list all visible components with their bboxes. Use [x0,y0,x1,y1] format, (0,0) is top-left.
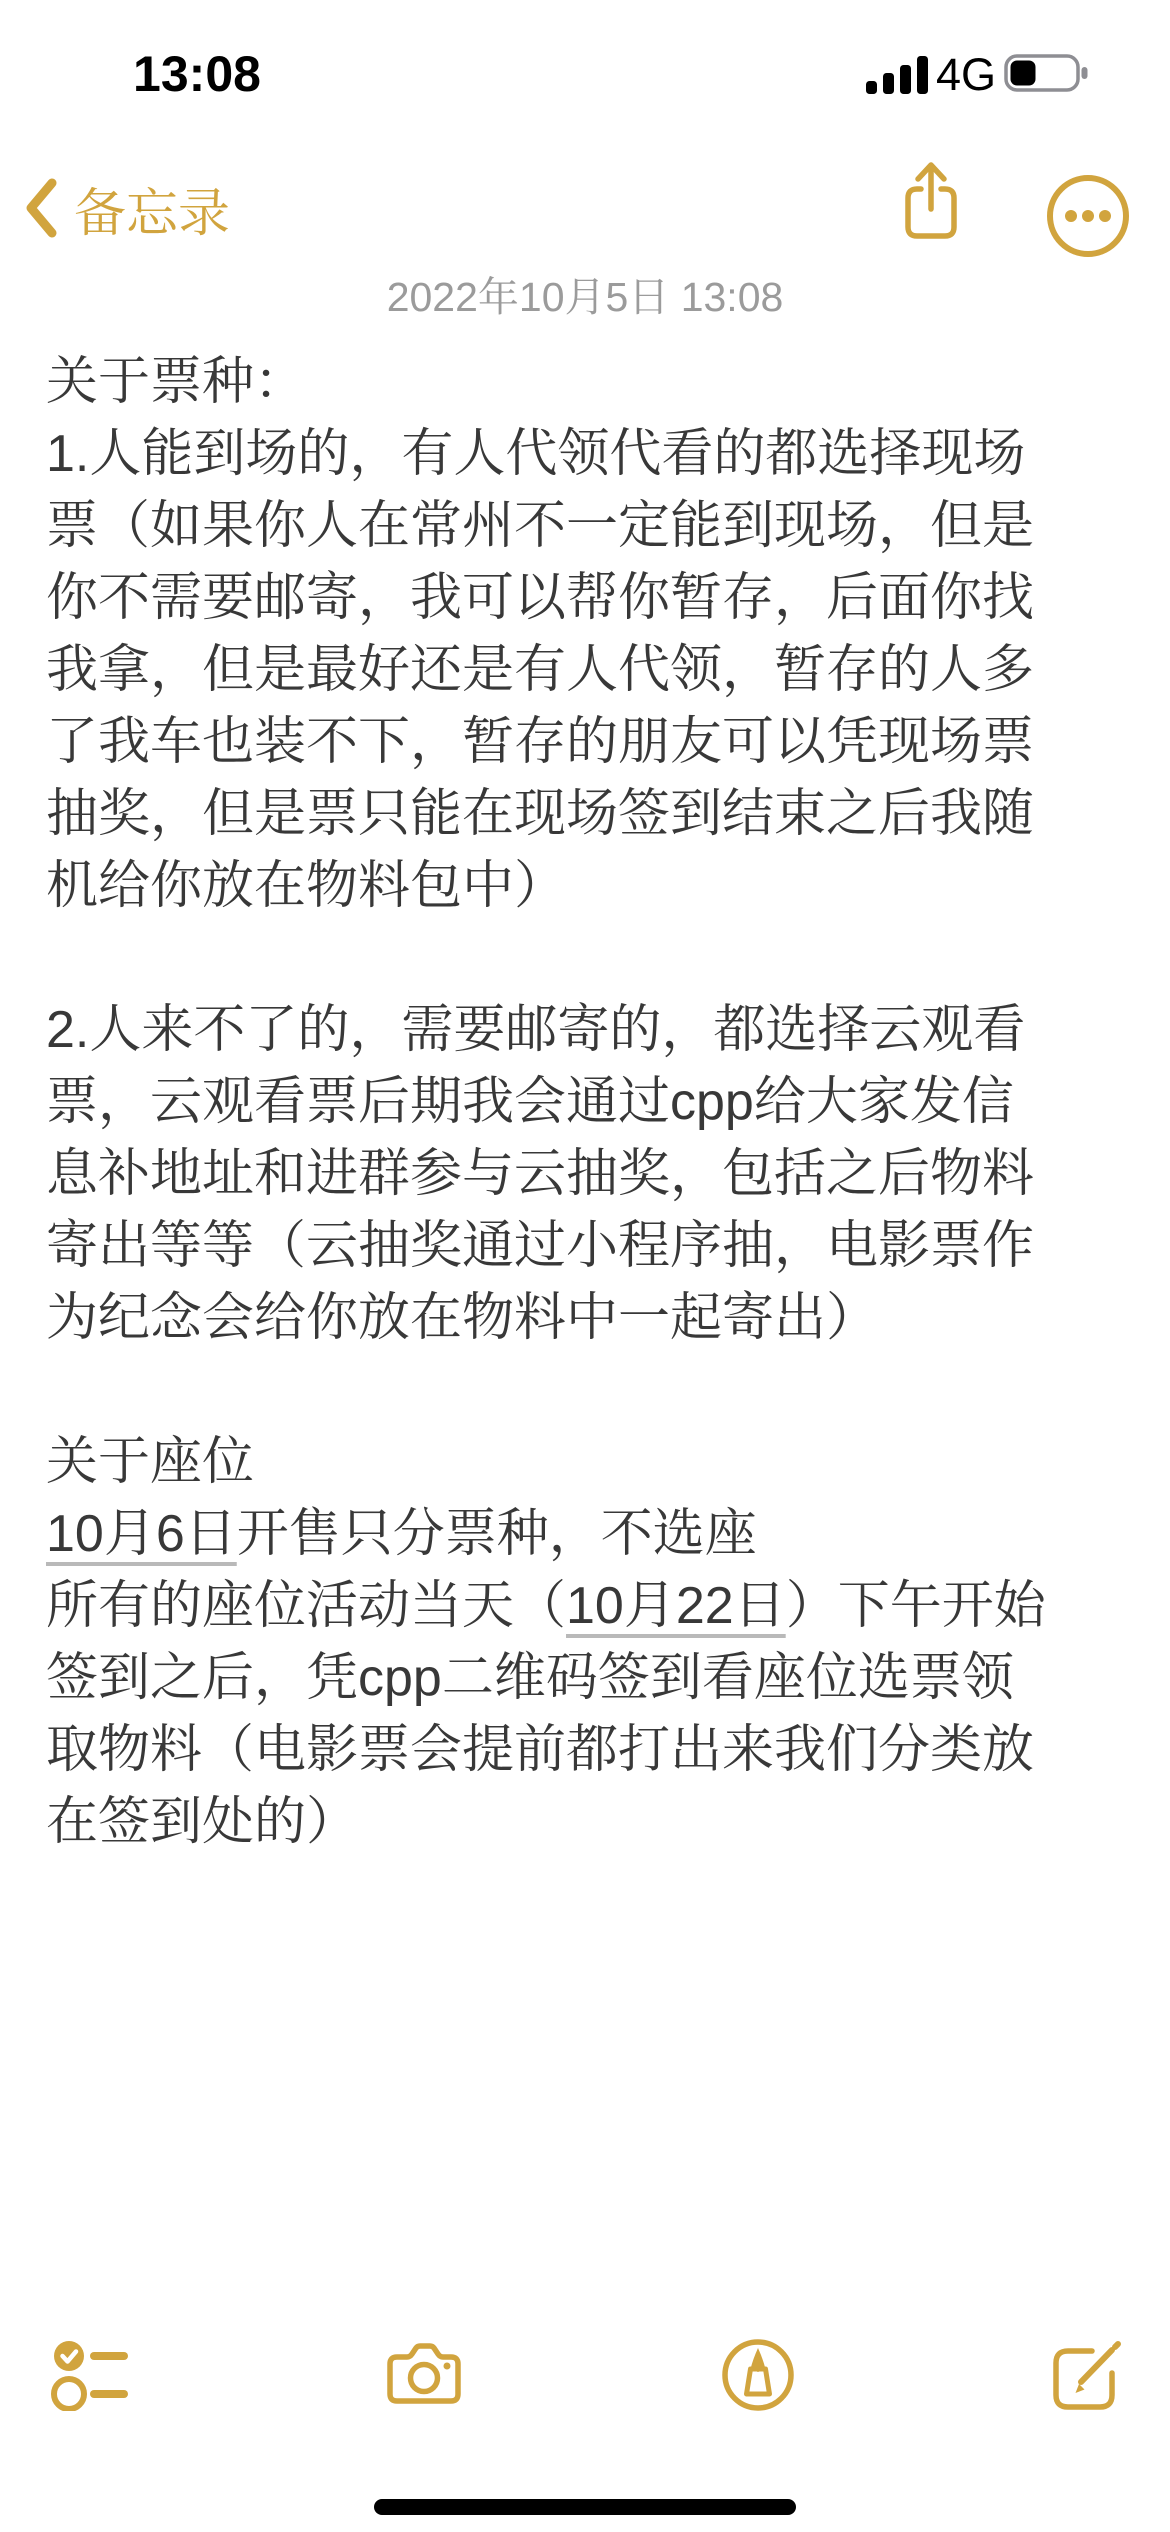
note-text-segment: 2.人来不了的，需要邮寄的，都选择云观看 [46,1001,1025,1059]
note-line: 息补地址和进群参与云抽奖，包括之后物料 [46,1138,1130,1210]
note-date: 2022年10月5日 13:08 [0,268,1170,326]
note-text-segment: 关于票种： [46,353,306,411]
markup-icon [720,2337,796,2413]
note-line: 取物料（电影票会提前都打出来我们分类放 [46,1714,1130,1786]
note-text-segment: 取物料（电影票会提前都打出来我们分类放 [46,1721,1034,1779]
note-line: 1.人能到场的，有人代领代看的都选择现场 [46,418,1130,490]
note-line: 所有的座位活动当天（10月22日）下午开始 [46,1570,1130,1642]
note-text-segment: 开售只分票种，不选座 [237,1505,757,1563]
note-line: 2.人来不了的，需要邮寄的，都选择云观看 [46,994,1130,1066]
back-button[interactable]: 备忘录 [22,170,230,246]
checklist-icon [50,2339,128,2411]
more-button[interactable] [1044,172,1132,260]
note-text-segment: 我拿，但是最好还是有人代领，暂存的人多 [46,641,1034,699]
share-button[interactable] [898,158,964,248]
note-line: 寄出等等（云抽奖通过小程序抽，电影票作 [46,1210,1130,1282]
note-text-segment: 为纪念会给你放在物料中一起寄出） [46,1289,878,1347]
battery-icon [1004,54,1092,92]
back-chevron-icon [22,177,58,239]
note-line: 关于票种： [46,346,1130,418]
note-text-segment: 息补地址和进群参与云抽奖，包括之后物料 [46,1145,1034,1203]
bottom-toolbar [0,2320,1170,2430]
network-type-label: 4G [936,50,996,100]
note-text-segment: 你不需要邮寄，我可以帮你暂存，后面你找 [46,569,1034,627]
note-line: 10月6日开售只分票种，不选座 [46,1498,1130,1570]
notes-app-screen: 13:08 4G 备忘录 2022年10月5日 13:08 [0,0,1170,2532]
note-line: 票（如果你人在常州不一定能到现场，但是 [46,490,1130,562]
note-line: 机给你放在物料包中） [46,850,1130,922]
checklist-button[interactable] [50,2339,128,2411]
note-text-segment: 机给你放在物料包中） [46,857,566,915]
note-text-segment: 在签到处的） [46,1793,358,1851]
home-indicator[interactable] [374,2499,796,2515]
camera-icon [382,2343,466,2407]
note-text-segment: 寄出等等（云抽奖通过小程序抽，电影票作 [46,1217,1034,1275]
compose-icon [1050,2337,1126,2413]
note-text-segment: 签到之后，凭cpp二维码签到看座位选票领 [46,1649,1014,1707]
note-line: 你不需要邮寄，我可以帮你暂存，后面你找 [46,562,1130,634]
compose-button[interactable] [1050,2337,1126,2413]
note-line: 抽奖，但是票只能在现场签到结束之后我随 [46,778,1130,850]
battery-fill [1011,61,1036,86]
note-body[interactable]: 关于票种：1.人能到场的，有人代领代看的都选择现场票（如果你人在常州不一定能到现… [46,346,1130,1858]
back-label: 备忘录 [74,171,230,246]
note-text-segment: 了我车也装不下，暂存的朋友可以凭现场票 [46,713,1034,771]
note-line: 为纪念会给你放在物料中一起寄出） [46,1282,1130,1354]
markup-button[interactable] [720,2337,796,2413]
note-line: 签到之后，凭cpp二维码签到看座位选票领 [46,1642,1130,1714]
note-line [46,922,1130,994]
date-link[interactable]: 10月6日 [46,1505,237,1563]
note-text-segment: 票，云观看票后期我会通过cpp给大家发信 [46,1073,1014,1131]
share-icon [900,159,962,245]
note-line: 票，云观看票后期我会通过cpp给大家发信 [46,1066,1130,1138]
note-line: 我拿，但是最好还是有人代领，暂存的人多 [46,634,1130,706]
note-text-segment: ）下午开始 [786,1577,1046,1635]
note-text-segment: 票（如果你人在常州不一定能到现场，但是 [46,497,1034,555]
more-options-icon [1044,172,1132,260]
note-text-segment: 抽奖，但是票只能在现场签到结束之后我随 [46,785,1034,843]
note-line: 了我车也装不下，暂存的朋友可以凭现场票 [46,706,1130,778]
note-line: 在签到处的） [46,1786,1130,1858]
camera-button[interactable] [382,2343,466,2407]
status-time: 13:08 [112,46,282,102]
note-line [46,1354,1130,1426]
date-link[interactable]: 10月22日 [566,1577,786,1635]
cellular-signal-icon [866,52,930,96]
note-text-segment: 1.人能到场的，有人代领代看的都选择现场 [46,425,1025,483]
note-text-segment: 所有的座位活动当天（ [46,1577,566,1635]
note-text-segment: 关于座位 [46,1433,254,1491]
note-line: 关于座位 [46,1426,1130,1498]
